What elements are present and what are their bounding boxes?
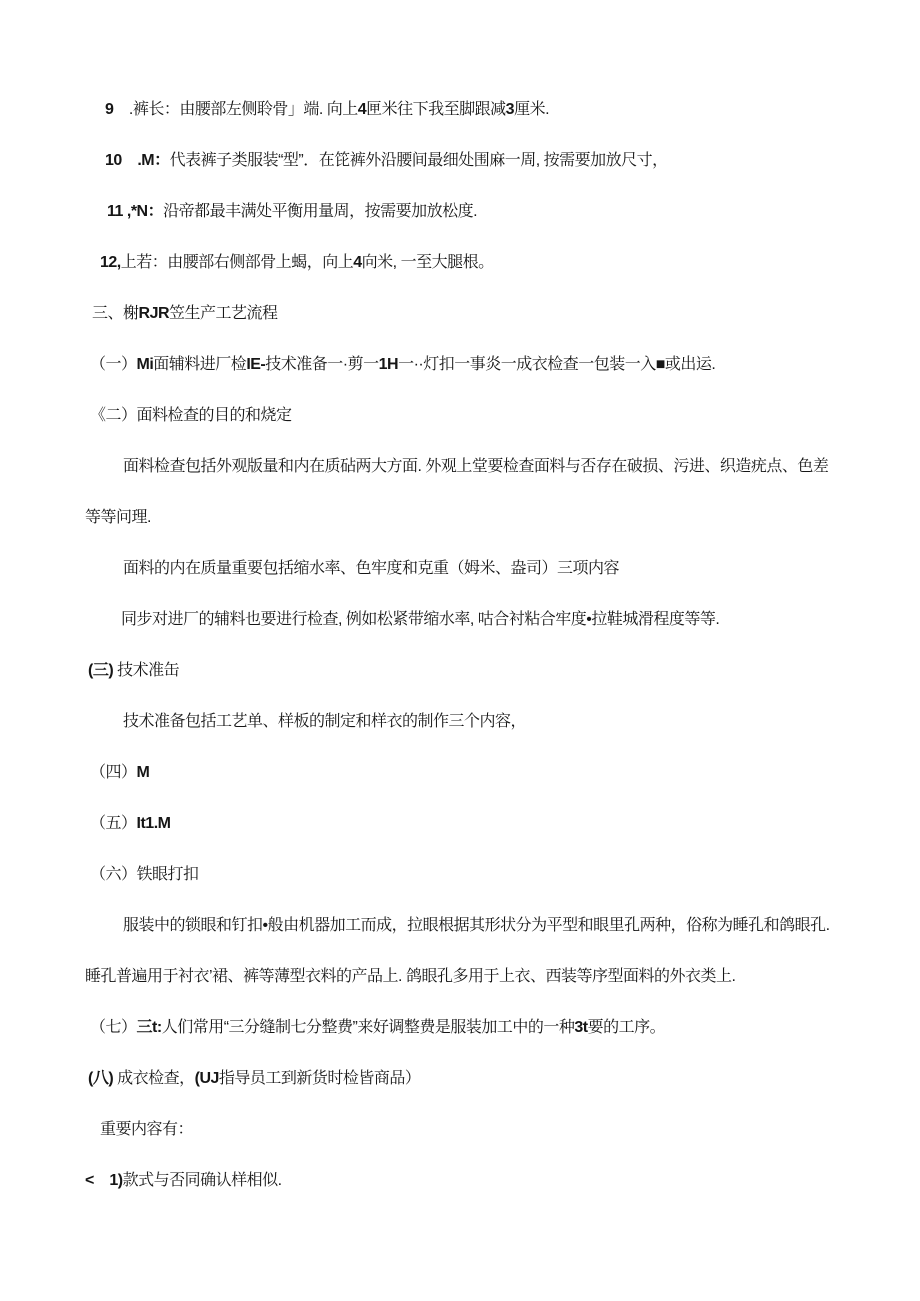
text-run-bold: 4	[358, 101, 366, 118]
text-run-bold: < 1)	[85, 1172, 123, 1189]
text-run	[122, 152, 138, 169]
document-page: 9 .裤长：由腰部左侧聆骨」端. 向上4匣米往下我至脚跟减3厘米.10 .M：代…	[0, 0, 920, 1301]
text-run-bold: (UJ	[195, 1070, 219, 1087]
text-run: （四）	[90, 764, 137, 781]
text-run: 面辅料进厂检	[153, 356, 246, 373]
text-run: 人们常用“三分缝制七分整费”来好调整费是服装加工中的一种	[162, 1019, 575, 1036]
document-content: 9 .裤长：由腰部左侧聆骨」端. 向上4匣米往下我至脚跟减3厘米.10 .M：代…	[85, 84, 845, 1206]
text-run: 三、榭	[92, 305, 139, 322]
text-run: 代表裤子类服装“型”．在笓裤外沿腰间最细处围麻一周, 按需要加放尺寸，	[170, 152, 668, 169]
text-run: 《二）面料检查的目的和烧定	[90, 407, 292, 424]
paragraph-14: （五）It1.M	[85, 798, 845, 849]
text-run: 等等问理.	[85, 509, 151, 526]
paragraph-3: 12,上若：由腰部右侧部骨上蝎，向上4向米, 一至大腿根。	[85, 237, 845, 288]
paragraph-11: (三) 技术准缶	[85, 645, 845, 696]
text-run: 厘米.	[514, 101, 549, 118]
text-run-bold: .M：	[137, 152, 169, 169]
text-run: （七）	[90, 1019, 137, 1036]
text-run: 同步对进厂的辅料也要进行检查, 例如松紧带缩水率, 咕合衬粘合牢度•拉鞋城滑程度…	[121, 611, 719, 628]
text-run: 匣米往下我至脚跟减	[366, 101, 506, 118]
text-run-bold: Mi	[137, 356, 154, 373]
paragraph-1: 10 .M：代表裤子类服装“型”．在笓裤外沿腰间最细处围麻一周, 按需要加放尺寸…	[85, 135, 845, 186]
text-run-bold: 12,	[100, 254, 121, 271]
text-run-bold: 11	[107, 203, 123, 220]
text-run-bold: IE-	[246, 356, 265, 373]
paragraph-0: 9 .裤长：由腰部左侧聆骨」端. 向上4匣米往下我至脚跟减3厘米.	[85, 84, 845, 135]
text-run: 面料检查包括外观版量和内在质砧两大方面. 外观上堂要检查面料与否存在破损、污进、…	[123, 458, 828, 475]
text-run-bold: 10	[105, 152, 122, 169]
paragraph-2: 11 ,*N：沿帝都最丰满处平衡用量周，按需要加放松度.	[85, 186, 845, 237]
text-run-bold: (八)	[88, 1070, 113, 1087]
paragraph-21: < 1)款式与否同确认样相似.	[85, 1155, 845, 1206]
paragraph-17: 睡孔普遍用于衬衣’裙、裤等薄型衣料的产品上. 鸽眼孔多用于上衣、西装等序型面料的…	[85, 951, 845, 1002]
text-run: 一··灯扣一事炎一成衣检查一包装一入■或出运.	[398, 356, 715, 373]
text-run: .裤长：由腰部左侧聆骨」端. 向上	[113, 101, 357, 118]
paragraph-7: 面料检查包括外观版量和内在质砧两大方面. 外观上堂要检查面料与否存在破损、污进、…	[85, 441, 845, 492]
paragraph-12: 技术准备包括工艺单、样板的制定和样衣的制作三个内容，	[85, 696, 845, 747]
text-run: 重要内容有：	[100, 1121, 193, 1138]
text-run: 成衣检查，	[113, 1070, 194, 1087]
text-run: 上若：由腰部右侧部骨上蝎，向上	[121, 254, 354, 271]
paragraph-10: 同步对进厂的辅料也要进行检查, 例如松紧带缩水率, 咕合衬粘合牢度•拉鞋城滑程度…	[85, 594, 845, 645]
paragraph-5: （一）Mi面辅料进厂检IE-技术准备一·剪一1H一··灯扣一事炎一成衣检查一包装…	[85, 339, 845, 390]
text-run-bold: 4	[353, 254, 361, 271]
text-run-bold: RJR	[139, 305, 170, 322]
text-run: 向米, 一至大腿根。	[362, 254, 494, 271]
paragraph-16: 服装中的锁眼和钉扣•般由机器加工而成，拉眼根据其形状分为平型和眼里孔两种，俗称为…	[85, 900, 845, 951]
paragraph-18: （七）三t:人们常用“三分缝制七分整费”来好调整费是服装加工中的一种3t要的工序…	[85, 1002, 845, 1053]
text-run-bold: ,*N：	[127, 203, 163, 220]
text-run-bold: 1H	[379, 356, 398, 373]
paragraph-4: 三、榭RJR笠生产工艺流程	[85, 288, 845, 339]
text-run: 款式与否同确认样相似.	[123, 1172, 282, 1189]
paragraph-9: 面料的内在质量重要包括缩水率、色牢度和克重（姆米、盎司）三项内容	[85, 543, 845, 594]
paragraph-8: 等等问理.	[85, 492, 845, 543]
text-run: （一）	[90, 356, 137, 373]
paragraph-15: （六）铁眼打扣	[85, 849, 845, 900]
paragraph-19: (八) 成衣检查，(UJ指导员工到新货时检皆商品）	[85, 1053, 845, 1104]
text-run-bold: It1.M	[137, 815, 171, 832]
text-run-bold: (三)	[88, 662, 113, 679]
paragraph-20: 重要内容有：	[85, 1104, 845, 1155]
text-run: （五）	[90, 815, 137, 832]
text-run: 面料的内在质量重要包括缩水率、色牢度和克重（姆米、盎司）三项内容	[123, 560, 619, 577]
text-run-bold: 三t:	[137, 1019, 162, 1036]
text-run: 服装中的锁眼和钉扣•般由机器加工而成，拉眼根据其形状分为平型和眼里孔两种，俗称为…	[123, 917, 830, 934]
text-run: 笠生产工艺流程	[169, 305, 278, 322]
text-run: 睡孔普遍用于衬衣’裙、裤等薄型衣料的产品上. 鸽眼孔多用于上衣、西装等序型面料的…	[85, 968, 735, 985]
paragraph-6: 《二）面料检查的目的和烧定	[85, 390, 845, 441]
text-run: 技术准备一·剪一	[265, 356, 378, 373]
text-run: 沿帝都最丰满处平衡用量周，按需要加放松度.	[163, 203, 477, 220]
text-run-bold: 3	[506, 101, 514, 118]
text-run: 技术准备包括工艺单、样板的制定和样衣的制作三个内容，	[123, 713, 526, 730]
text-run-bold: M	[137, 764, 150, 781]
text-run: 指导员工到新货时检皆商品）	[219, 1070, 421, 1087]
text-run: 技术准缶	[113, 662, 179, 679]
paragraph-13: （四）M	[85, 747, 845, 798]
text-run-bold: 3t	[574, 1019, 587, 1036]
text-run: 要的工序。	[588, 1019, 666, 1036]
text-run: （六）铁眼打扣	[90, 866, 199, 883]
